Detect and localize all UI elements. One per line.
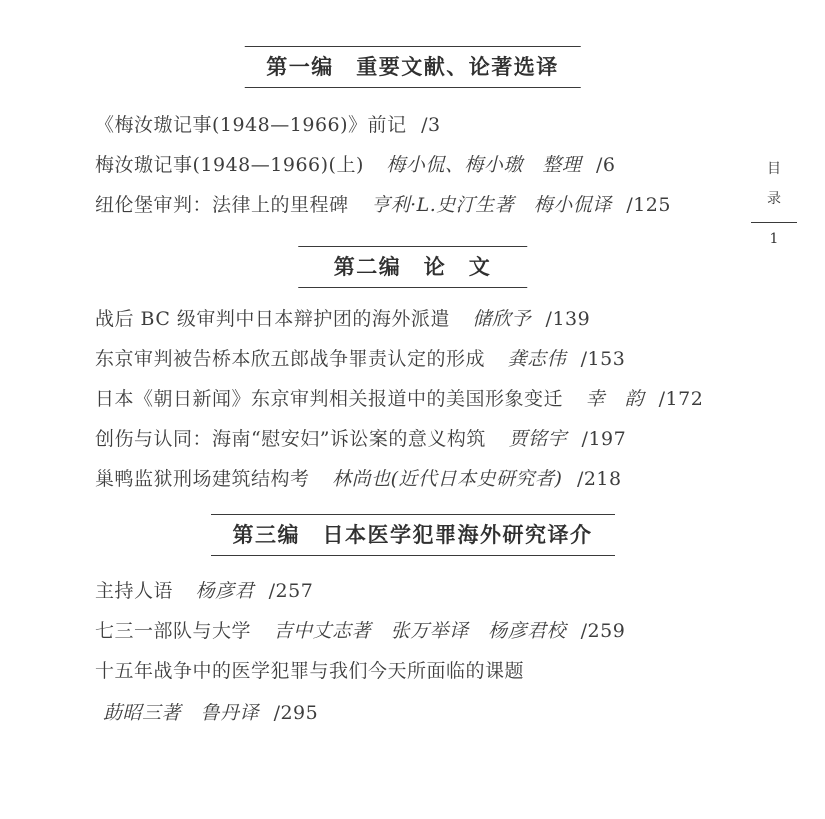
entry-title: 东京审判被告桥本欣五郎战争罪责认定的形成 xyxy=(95,348,485,370)
toc-entry: 《梅汝璈记事(1948—1966)》前记 /3 xyxy=(95,112,441,138)
toc-entry: 创伤与认同：海南“慰安妇”诉讼案的意义构筑 贾铭宇 /197 xyxy=(95,426,626,452)
entry-authors: 储欣予 xyxy=(472,308,531,330)
toc-entry: 主持人语 杨彦君 /257 xyxy=(95,578,313,604)
section-2-heading: 第二编 论 文 xyxy=(298,246,528,288)
toc-entry-continuation: 莇昭三著 鲁丹译 /295 xyxy=(103,700,318,726)
entry-authors: 杨彦君 xyxy=(196,580,255,602)
entry-title: 巢鸭监狱刑场建筑结构考 xyxy=(95,468,310,490)
entry-page: /172 xyxy=(659,388,704,410)
toc-page: 第一编 重要文献、论著选译 《梅汝璈记事(1948—1966)》前记 /3 梅汝… xyxy=(0,0,825,819)
entry-title: 主持人语 xyxy=(95,580,173,602)
sidebar-label-char: 录 xyxy=(767,192,781,206)
entry-title: 日本《朝日新闻》东京审判相关报道中的美国形象变迁 xyxy=(95,388,563,410)
entry-authors: 亨利·L.史汀生著 梅小侃译 xyxy=(371,194,612,216)
entry-authors: 莇昭三著 鲁丹译 xyxy=(103,702,259,724)
entry-authors: 贾铭宇 xyxy=(508,428,567,450)
toc-entry: 纽伦堡审判：法律上的里程碑 亨利·L.史汀生著 梅小侃译 /125 xyxy=(95,192,671,218)
entry-authors: 梅小侃、梅小璈 整理 xyxy=(386,154,581,176)
section-1-heading: 第一编 重要文献、论著选译 xyxy=(244,46,581,88)
entry-authors: 吉中丈志著 张万举译 杨彦君校 xyxy=(274,620,567,642)
entry-title: 十五年战争中的医学犯罪与我们今天所面临的课题 xyxy=(95,660,524,682)
entry-page: /153 xyxy=(581,348,626,370)
entry-authors: 林尚也(近代日本史研究者) xyxy=(332,468,562,490)
entry-page: /257 xyxy=(269,580,314,602)
entry-page: /3 xyxy=(421,114,441,136)
entry-title: 纽伦堡审判：法律上的里程碑 xyxy=(95,194,349,216)
entry-title: 战后 BC 级审判中日本辩护团的海外派遣 xyxy=(95,308,450,330)
entry-title: 七三一部队与大学 xyxy=(95,620,251,642)
toc-entry: 战后 BC 级审判中日本辩护团的海外派遣 储欣予 /139 xyxy=(95,306,590,332)
entry-page: /218 xyxy=(577,468,622,490)
toc-entry: 巢鸭监狱刑场建筑结构考 林尚也(近代日本史研究者) /218 xyxy=(95,466,622,492)
toc-entry: 梅汝璈记事(1948—1966)(上) 梅小侃、梅小璈 整理 /6 xyxy=(95,152,615,178)
entry-title: 创伤与认同：海南“慰安妇”诉讼案的意义构筑 xyxy=(95,428,486,450)
entry-page: /259 xyxy=(581,620,626,642)
entry-page: /125 xyxy=(626,194,671,216)
entry-page: /295 xyxy=(274,702,319,724)
section-3-heading: 第三编 日本医学犯罪海外研究译介 xyxy=(211,514,615,556)
toc-entry: 东京审判被告桥本欣五郎战争罪责认定的形成 龚志伟 /153 xyxy=(95,346,625,372)
toc-entry: 日本《朝日新闻》东京审判相关报道中的美国形象变迁 幸 韵 /172 xyxy=(95,386,703,412)
sidebar-marker: 目 录 1 xyxy=(751,162,797,246)
entry-title: 《梅汝璈记事(1948—1966)》前记 xyxy=(95,114,407,136)
sidebar-divider xyxy=(751,222,797,223)
entry-page: /197 xyxy=(582,428,627,450)
entry-title: 梅汝璈记事(1948—1966)(上) xyxy=(95,154,364,176)
entry-page: /139 xyxy=(546,308,591,330)
toc-entry: 十五年战争中的医学犯罪与我们今天所面临的课题 xyxy=(95,658,524,684)
toc-entry: 七三一部队与大学 吉中丈志著 张万举译 杨彦君校 /259 xyxy=(95,618,625,644)
sidebar-page-number: 1 xyxy=(770,232,779,246)
entry-authors: 幸 韵 xyxy=(586,388,645,410)
entry-page: /6 xyxy=(596,154,616,176)
entry-authors: 龚志伟 xyxy=(508,348,567,370)
sidebar-label-char: 目 xyxy=(767,162,781,176)
